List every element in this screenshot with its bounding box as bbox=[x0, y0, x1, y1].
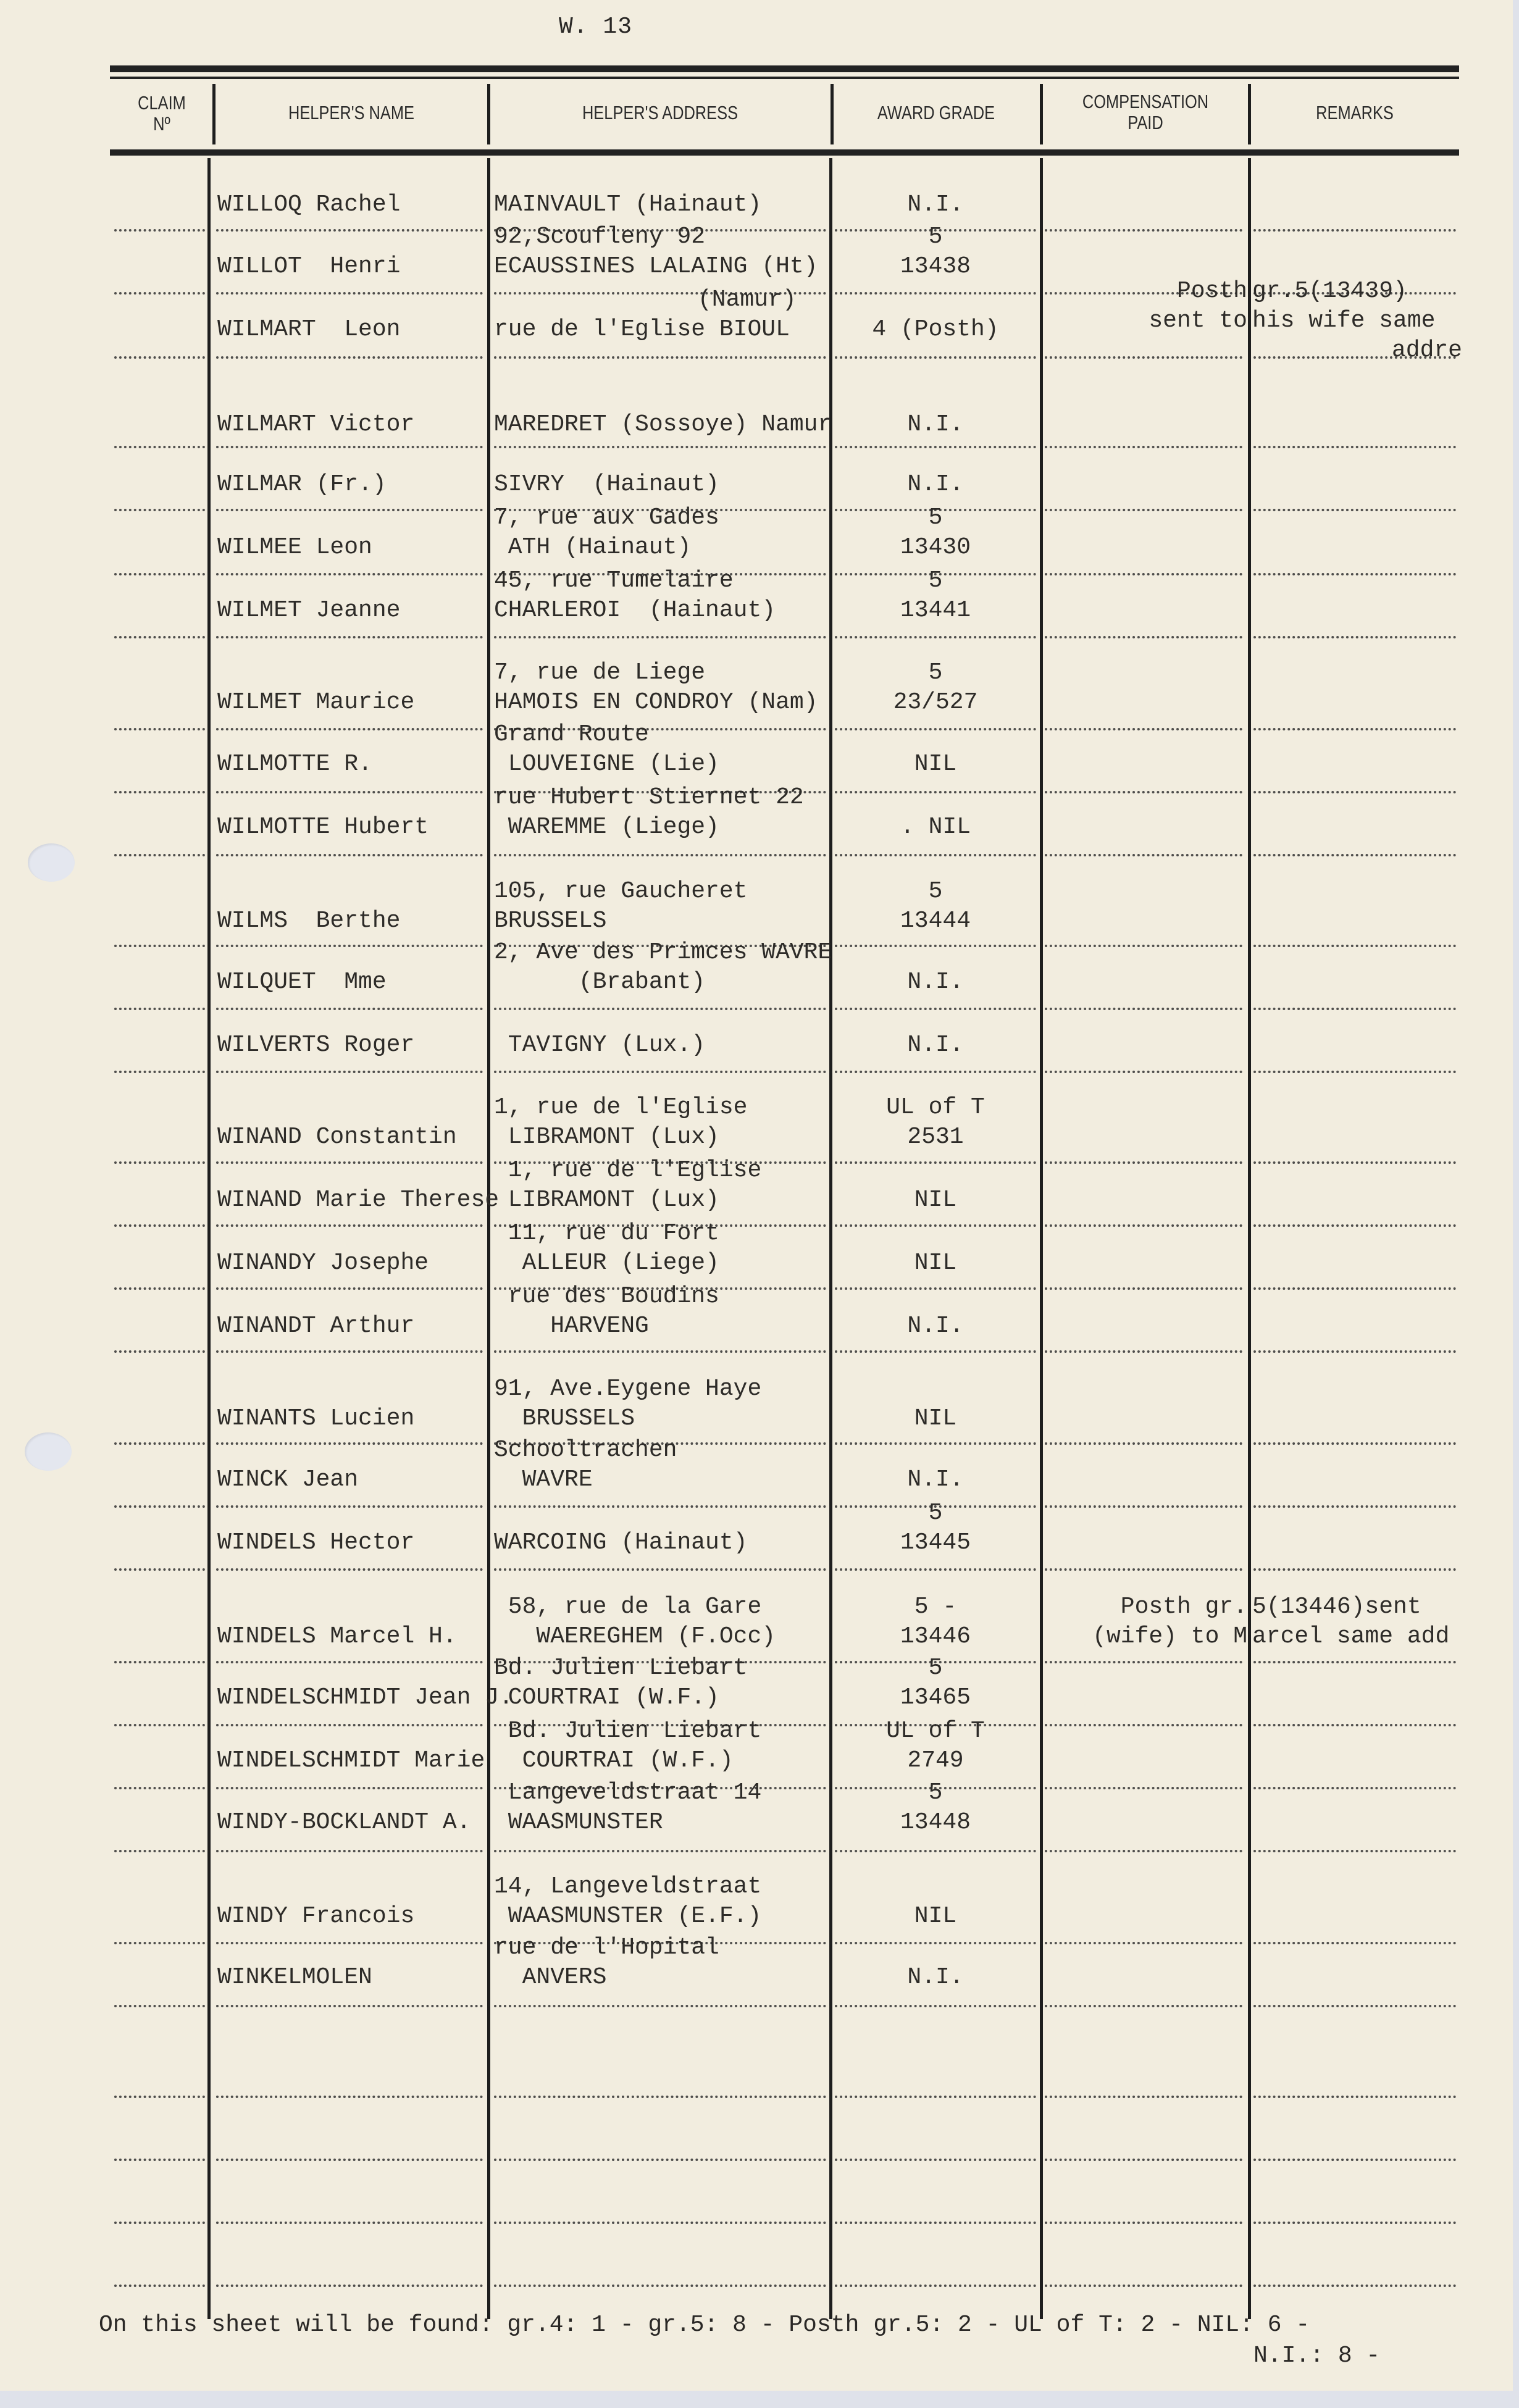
helper-address-line2: LIBRAMONT (Lux) bbox=[494, 1122, 719, 1152]
helper-address-line1: (Namur) bbox=[698, 285, 797, 315]
helper-address-line2: WARCOING (Hainaut) bbox=[494, 1528, 747, 1558]
row-separator bbox=[216, 2159, 483, 2161]
row-separator bbox=[1253, 1224, 1456, 1227]
row-separator bbox=[1045, 356, 1242, 359]
helper-address-line1: 1, rue de l'Eglise bbox=[494, 1093, 747, 1122]
helper-address-line2: MAINVAULT (Hainaut) bbox=[494, 190, 761, 220]
award-grade-line2: 4 (Posth) bbox=[834, 315, 1037, 345]
row-separator bbox=[835, 356, 1036, 359]
row-separator bbox=[1045, 1442, 1242, 1445]
helper-address-line2: ATH (Hainaut) bbox=[494, 533, 691, 562]
helper-name: WILMOTTE R. bbox=[217, 750, 372, 779]
row-separator bbox=[1045, 2222, 1242, 2224]
helper-name: WINDELSCHMIDT Marie bbox=[217, 1746, 485, 1776]
row-separator bbox=[1045, 1568, 1242, 1571]
header-label: AWARD GRADE bbox=[852, 102, 1020, 123]
row-separator bbox=[216, 292, 483, 295]
award-grade-line1: 5 bbox=[834, 566, 1037, 596]
header-label: PAID bbox=[1062, 112, 1229, 133]
row-separator bbox=[1253, 791, 1456, 793]
award-grade-line2: NIL bbox=[834, 750, 1037, 779]
row-separator bbox=[1045, 1161, 1242, 1164]
row-separator bbox=[114, 356, 205, 359]
row-separator bbox=[494, 2005, 826, 2007]
row-separator bbox=[114, 292, 205, 295]
row-separator bbox=[114, 2096, 205, 2098]
row-separator bbox=[114, 1071, 205, 1073]
row-separator bbox=[1253, 446, 1456, 448]
helper-address-line1: Langeveldstraat 14 bbox=[494, 1778, 761, 1808]
row-separator bbox=[835, 1071, 1036, 1073]
row-separator bbox=[494, 1505, 826, 1508]
helper-name: WINANTS Lucien bbox=[217, 1404, 414, 1434]
row-separator bbox=[1045, 1008, 1242, 1010]
row-separator bbox=[1045, 446, 1242, 448]
row-separator bbox=[1253, 1661, 1456, 1663]
row-separator bbox=[1253, 1071, 1456, 1073]
header-label: CLAIM bbox=[120, 93, 203, 114]
column-header-award: AWARD GRADE bbox=[852, 102, 1020, 123]
award-grade-line2: 13438 bbox=[834, 252, 1037, 282]
award-grade-line2: 13448 bbox=[834, 1808, 1037, 1837]
helper-address-line2: TAVIGNY (Lux.) bbox=[494, 1031, 705, 1060]
helper-address-line1: rue des Boudins bbox=[494, 1282, 719, 1311]
helper-address-line2: SIVRY (Hainaut) bbox=[494, 470, 719, 500]
row-separator bbox=[216, 1071, 483, 1073]
award-grade-line1: 5 bbox=[834, 503, 1037, 533]
row-separator bbox=[216, 1568, 483, 1571]
row-separator bbox=[216, 1350, 483, 1353]
row-separator bbox=[114, 1442, 205, 1445]
row-separator bbox=[835, 2285, 1036, 2287]
helper-name: WILQUET Mme bbox=[217, 968, 387, 997]
row-separator bbox=[1045, 1505, 1242, 1508]
row-separator bbox=[216, 573, 483, 575]
row-separator bbox=[216, 2285, 483, 2287]
helper-name: WINCK Jean bbox=[217, 1465, 358, 1495]
compensation-note-line1: Posth bbox=[1045, 277, 1247, 306]
punch-hole-bottom bbox=[25, 1432, 72, 1471]
row-separator bbox=[1045, 573, 1242, 575]
helper-name: WILMS Berthe bbox=[217, 906, 400, 936]
helper-name: WINDELSCHMIDT Jean J. bbox=[217, 1683, 513, 1713]
helper-address-line2: ANVERS bbox=[494, 1963, 606, 1992]
row-separator bbox=[1253, 1505, 1456, 1508]
row-separator bbox=[1253, 636, 1456, 638]
row-separator bbox=[216, 636, 483, 638]
row-separator bbox=[114, 1724, 205, 1726]
helper-name: WINKELMOLEN bbox=[217, 1963, 372, 1992]
row-separator bbox=[1045, 1071, 1242, 1073]
award-grade-line2: N.I. bbox=[834, 410, 1037, 440]
row-separator bbox=[114, 728, 205, 730]
row-separator bbox=[1253, 1008, 1456, 1010]
row-separator bbox=[1045, 1287, 1242, 1290]
helper-address-line2: ALLEUR (Liege) bbox=[494, 1248, 719, 1278]
award-grade-line2: N.I. bbox=[834, 1465, 1037, 1495]
helper-address-line2: LIBRAMONT (Lux) bbox=[494, 1185, 719, 1215]
row-separator bbox=[1045, 2159, 1242, 2161]
row-separator bbox=[114, 1224, 205, 1227]
row-separator bbox=[1045, 1724, 1242, 1726]
row-separator bbox=[114, 2159, 205, 2161]
row-separator bbox=[216, 1287, 483, 1290]
column-header-compensation: COMPENSATION PAID bbox=[1062, 91, 1229, 133]
award-grade-line2: 13465 bbox=[834, 1683, 1037, 1713]
row-separator bbox=[216, 945, 483, 947]
row-separator bbox=[1045, 1787, 1242, 1789]
award-grade-line2: 13430 bbox=[834, 533, 1037, 562]
helper-address-line1: 92,Scoufleny 92 bbox=[494, 222, 705, 252]
row-separator bbox=[1253, 2005, 1456, 2007]
helper-name: WILMAR (Fr.) bbox=[217, 470, 387, 500]
row-separator bbox=[835, 1850, 1036, 1852]
row-separator bbox=[1045, 509, 1242, 511]
helper-name: WINDY Francois bbox=[217, 1902, 414, 1931]
row-separator bbox=[114, 509, 205, 511]
header-divider bbox=[487, 84, 490, 144]
row-separator bbox=[494, 636, 826, 638]
header-divider bbox=[1040, 84, 1043, 144]
helper-address-line2: WAASMUNSTER (E.F.) bbox=[494, 1902, 761, 1931]
helper-name: WINDY-BOCKLANDT A. bbox=[217, 1808, 471, 1837]
row-separator bbox=[114, 854, 205, 856]
award-grade-line1: 5 bbox=[834, 1653, 1037, 1683]
helper-address-line2: WAEREGHEM (F.Occ) bbox=[494, 1622, 776, 1652]
row-separator bbox=[1253, 2285, 1456, 2287]
header-bottom-rule bbox=[110, 149, 1459, 156]
column-divider bbox=[1248, 158, 1251, 2319]
row-separator bbox=[494, 1850, 826, 1852]
remarks-line2: his wife same bbox=[1252, 306, 1435, 336]
row-separator bbox=[114, 446, 205, 448]
helper-name: WINANDT Arthur bbox=[217, 1311, 414, 1341]
row-separator bbox=[1045, 945, 1242, 947]
row-separator bbox=[835, 1942, 1036, 1944]
row-separator bbox=[1045, 1224, 1242, 1227]
row-separator bbox=[114, 1850, 205, 1852]
row-separator bbox=[216, 1442, 483, 1445]
helper-address-line1: 7, rue aux Gades bbox=[494, 503, 719, 533]
header-divider bbox=[831, 84, 834, 144]
row-separator bbox=[1045, 2285, 1242, 2287]
award-grade-line2: 2531 bbox=[834, 1122, 1037, 1152]
helper-address-line2: (Brabant) bbox=[494, 968, 705, 997]
award-grade-line2: NIL bbox=[834, 1248, 1037, 1278]
award-grade-line2: N.I. bbox=[834, 968, 1037, 997]
row-separator bbox=[1045, 2005, 1242, 2007]
helper-address-line2: BRUSSELS bbox=[494, 1404, 635, 1434]
helper-address-line1: Grand Route bbox=[494, 720, 649, 750]
award-grade-line2: N.I. bbox=[834, 470, 1037, 500]
helper-address-line2: WAVRE bbox=[494, 1465, 593, 1495]
row-separator bbox=[216, 854, 483, 856]
helper-address-line2: BRUSSELS bbox=[494, 906, 606, 936]
row-separator bbox=[1253, 945, 1456, 947]
header-label: HELPER'S NAME bbox=[240, 102, 462, 123]
helper-address-line2: WAASMUNSTER bbox=[494, 1808, 663, 1837]
helper-address-line2: rue de l'Eglise BIOUL bbox=[494, 315, 790, 345]
header-divider bbox=[1248, 84, 1251, 144]
row-separator bbox=[216, 2222, 483, 2224]
footer-summary-line2: N.I.: 8 - bbox=[1253, 2343, 1380, 2369]
row-separator bbox=[216, 446, 483, 448]
helper-address-line1: 91, Ave.Eygene Haye bbox=[494, 1374, 761, 1404]
award-grade-line1: UL of T bbox=[834, 1093, 1037, 1122]
award-grade-line1: 5 bbox=[834, 222, 1037, 252]
row-separator bbox=[216, 728, 483, 730]
award-grade-line2: 13444 bbox=[834, 906, 1037, 936]
row-separator bbox=[1253, 2096, 1456, 2098]
helper-name: WILMET Maurice bbox=[217, 688, 414, 717]
helper-address-line2: HARVENG bbox=[494, 1311, 649, 1341]
row-separator bbox=[216, 1787, 483, 1789]
row-separator bbox=[835, 1442, 1036, 1445]
row-separator bbox=[494, 854, 826, 856]
row-separator bbox=[835, 2005, 1036, 2007]
row-separator bbox=[1045, 1850, 1242, 1852]
row-separator bbox=[1045, 1661, 1242, 1663]
row-separator bbox=[1045, 854, 1242, 856]
row-separator bbox=[114, 573, 205, 575]
column-divider bbox=[207, 158, 211, 2319]
column-divider bbox=[829, 158, 832, 2319]
row-separator bbox=[835, 2159, 1036, 2161]
column-divider bbox=[1040, 158, 1043, 2319]
award-grade-line1: 5 - bbox=[834, 1592, 1037, 1622]
row-separator bbox=[1253, 854, 1456, 856]
header-label: COMPENSATION bbox=[1062, 91, 1229, 112]
compensation-note-line1: Posth gr. bbox=[1045, 1592, 1247, 1622]
punch-hole-top bbox=[28, 843, 75, 882]
row-separator bbox=[835, 2096, 1036, 2098]
helper-name: WILLOQ Rachel bbox=[217, 190, 400, 220]
helper-address-line2: COURTRAI (W.F.) bbox=[494, 1683, 719, 1713]
helper-name: WILMART Victor bbox=[217, 410, 414, 440]
helper-name: WINAND Constantin bbox=[217, 1122, 457, 1152]
helper-address-line2: LOUVEIGNE (Lie) bbox=[494, 750, 719, 779]
row-separator bbox=[1253, 2159, 1456, 2161]
helper-address-line1: rue de l'Hopital bbox=[494, 1933, 719, 1963]
row-separator bbox=[216, 229, 483, 232]
header-label: Nº bbox=[120, 114, 203, 135]
footer-summary-line1: On this sheet will be found: gr.4: 1 - g… bbox=[99, 2312, 1310, 2338]
row-separator bbox=[216, 1161, 483, 1164]
row-separator bbox=[114, 791, 205, 793]
row-separator bbox=[114, 1505, 205, 1508]
row-separator bbox=[494, 1568, 826, 1571]
helper-address-line1: 58, rue de la Gare bbox=[494, 1592, 761, 1622]
award-grade-line2: 13445 bbox=[834, 1528, 1037, 1558]
helper-address-line1: 11, rue du Fort bbox=[494, 1219, 719, 1248]
helper-address-line1: rue Hubert Stiernet 22 bbox=[494, 783, 804, 813]
remarks-line1: 5(13446)sent bbox=[1252, 1592, 1421, 1622]
award-grade-line1: 5 bbox=[834, 877, 1037, 906]
award-grade-line2: 23/527 bbox=[834, 688, 1037, 717]
header-label: REMARKS bbox=[1270, 102, 1439, 123]
row-separator bbox=[1253, 1850, 1456, 1852]
row-separator bbox=[835, 728, 1036, 730]
helper-address-line2: WAREMME (Liege) bbox=[494, 813, 719, 842]
award-grade-line2: NIL bbox=[834, 1404, 1037, 1434]
row-separator bbox=[114, 2005, 205, 2007]
helper-address-line1: 45, rue Tumelaire bbox=[494, 566, 734, 596]
helper-name: WINDELS Hector bbox=[217, 1528, 414, 1558]
row-separator bbox=[494, 356, 826, 359]
row-separator bbox=[835, 636, 1036, 638]
column-header-address: HELPER'S ADDRESS bbox=[521, 102, 798, 123]
helper-address-line1: Bd. Julien Liebart bbox=[494, 1716, 761, 1746]
sheet-id: W. 13 bbox=[559, 14, 632, 40]
award-grade-line1: 5 bbox=[834, 658, 1037, 688]
row-separator bbox=[114, 1008, 205, 1010]
helper-name: WILLOT Henri bbox=[217, 252, 400, 282]
row-separator bbox=[1253, 229, 1456, 232]
helper-address-line2: HAMOIS EN CONDROY (Nam) bbox=[494, 688, 818, 717]
row-separator bbox=[1045, 1350, 1242, 1353]
row-separator bbox=[216, 1850, 483, 1852]
row-separator bbox=[114, 636, 205, 638]
award-grade-line2: NIL bbox=[834, 1185, 1037, 1215]
helper-address-line1: 2, Ave des Primces WAVRE bbox=[494, 938, 832, 968]
row-separator bbox=[835, 1161, 1036, 1164]
row-separator bbox=[1045, 1942, 1242, 1944]
row-separator bbox=[835, 1224, 1036, 1227]
row-separator bbox=[114, 2222, 205, 2224]
row-separator bbox=[494, 2222, 826, 2224]
row-separator bbox=[216, 1942, 483, 1944]
remarks-line3: addre bbox=[1252, 336, 1462, 366]
helper-address-line1: 1, rue de l'Eglise bbox=[494, 1156, 761, 1185]
row-separator bbox=[216, 1224, 483, 1227]
row-separator bbox=[835, 1287, 1036, 1290]
row-separator bbox=[216, 509, 483, 511]
helper-address-line1: 105, rue Gaucheret bbox=[494, 877, 747, 906]
award-grade-line2: 13441 bbox=[834, 596, 1037, 625]
award-grade-line1: 5 bbox=[834, 1499, 1037, 1528]
row-separator bbox=[494, 1350, 826, 1353]
row-separator bbox=[1045, 728, 1242, 730]
row-separator bbox=[835, 1568, 1036, 1571]
helper-name: WILMEE Leon bbox=[217, 533, 372, 562]
row-separator bbox=[835, 791, 1036, 793]
column-header-claim: CLAIM Nº bbox=[120, 93, 203, 135]
row-separator bbox=[1045, 2096, 1242, 2098]
row-separator bbox=[114, 945, 205, 947]
row-separator bbox=[114, 1942, 205, 1944]
row-separator bbox=[1253, 573, 1456, 575]
row-separator bbox=[835, 446, 1036, 448]
row-separator bbox=[1253, 2222, 1456, 2224]
helper-name: WINAND Marie Therese bbox=[217, 1185, 499, 1215]
row-separator bbox=[216, 2005, 483, 2007]
helper-address-line2: COURTRAI (W.F.) bbox=[494, 1746, 734, 1776]
column-divider bbox=[487, 158, 490, 2319]
row-separator bbox=[114, 1161, 205, 1164]
award-grade-line2: 2749 bbox=[834, 1746, 1037, 1776]
row-separator bbox=[835, 292, 1036, 295]
award-grade-line2: 13446 bbox=[834, 1622, 1037, 1652]
remarks-line2: arcel same add bbox=[1252, 1622, 1449, 1652]
helper-name: WINANDY Josephe bbox=[217, 1248, 429, 1278]
row-separator bbox=[216, 791, 483, 793]
row-separator bbox=[835, 945, 1036, 947]
row-separator bbox=[1253, 1442, 1456, 1445]
document-page: W. 13 CLAIM Nº HELPER'S NAME HELPER'S AD… bbox=[0, 0, 1513, 2391]
helper-address-line1: Schooltrachen bbox=[494, 1436, 677, 1465]
award-grade-line2: N.I. bbox=[834, 1031, 1037, 1060]
row-separator bbox=[494, 446, 826, 448]
row-separator bbox=[216, 2096, 483, 2098]
row-separator bbox=[1045, 636, 1242, 638]
helper-address-line1: 7, rue de Liege bbox=[494, 658, 705, 688]
row-separator bbox=[216, 1724, 483, 1726]
row-separator bbox=[835, 2222, 1036, 2224]
row-separator bbox=[1253, 1787, 1456, 1789]
award-grade-line2: . NIL bbox=[834, 813, 1037, 842]
row-separator bbox=[216, 1661, 483, 1663]
helper-address-line2: CHARLEROI (Hainaut) bbox=[494, 596, 776, 625]
column-header-remarks: REMARKS bbox=[1270, 102, 1439, 123]
header-divider bbox=[212, 84, 216, 144]
row-separator bbox=[114, 2285, 205, 2287]
row-separator bbox=[494, 2159, 826, 2161]
row-separator bbox=[1045, 791, 1242, 793]
row-separator bbox=[114, 1287, 205, 1290]
row-separator bbox=[114, 1350, 205, 1353]
row-separator bbox=[494, 2285, 826, 2287]
row-separator bbox=[494, 1071, 826, 1073]
row-separator bbox=[1253, 1942, 1456, 1944]
row-separator bbox=[1045, 229, 1242, 232]
row-separator bbox=[114, 1568, 205, 1571]
helper-address-line2: MAREDRET (Sossoye) Namur bbox=[494, 410, 832, 440]
compensation-note-line2: (wife) to M bbox=[1045, 1622, 1247, 1652]
row-separator bbox=[1253, 728, 1456, 730]
award-grade-line2: N.I. bbox=[834, 190, 1037, 220]
row-separator bbox=[1253, 1568, 1456, 1571]
award-grade-line2: N.I. bbox=[834, 1311, 1037, 1341]
row-separator bbox=[835, 1008, 1036, 1010]
award-grade-line2: NIL bbox=[834, 1902, 1037, 1931]
row-separator bbox=[114, 1787, 205, 1789]
award-grade-line1: UL of T bbox=[834, 1716, 1037, 1746]
row-separator bbox=[216, 1505, 483, 1508]
row-separator bbox=[1253, 1287, 1456, 1290]
row-separator bbox=[216, 356, 483, 359]
row-separator bbox=[114, 1661, 205, 1663]
helper-address-line2: ECAUSSINES LALAING (Ht) bbox=[494, 252, 818, 282]
row-separator bbox=[216, 1008, 483, 1010]
column-header-name: HELPER'S NAME bbox=[240, 102, 462, 123]
helper-address-line1: Bd. Julien Liebart bbox=[494, 1653, 747, 1683]
award-grade-line1: 5 bbox=[834, 1778, 1037, 1808]
compensation-note-line2: sent to bbox=[1045, 306, 1247, 336]
row-separator bbox=[1253, 1350, 1456, 1353]
helper-name: WINDELS Marcel H. bbox=[217, 1622, 457, 1652]
header-label: HELPER'S ADDRESS bbox=[521, 102, 798, 123]
row-separator bbox=[494, 1008, 826, 1010]
row-separator bbox=[1253, 1724, 1456, 1726]
row-separator bbox=[835, 854, 1036, 856]
award-grade-line2: N.I. bbox=[834, 1963, 1037, 1992]
row-separator bbox=[835, 1350, 1036, 1353]
row-separator bbox=[1253, 1161, 1456, 1164]
helper-name: WILVERTS Roger bbox=[217, 1031, 414, 1060]
helper-name: WILMART Leon bbox=[217, 315, 400, 345]
row-separator bbox=[1253, 509, 1456, 511]
helper-name: WILMOTTE Hubert bbox=[217, 813, 429, 842]
